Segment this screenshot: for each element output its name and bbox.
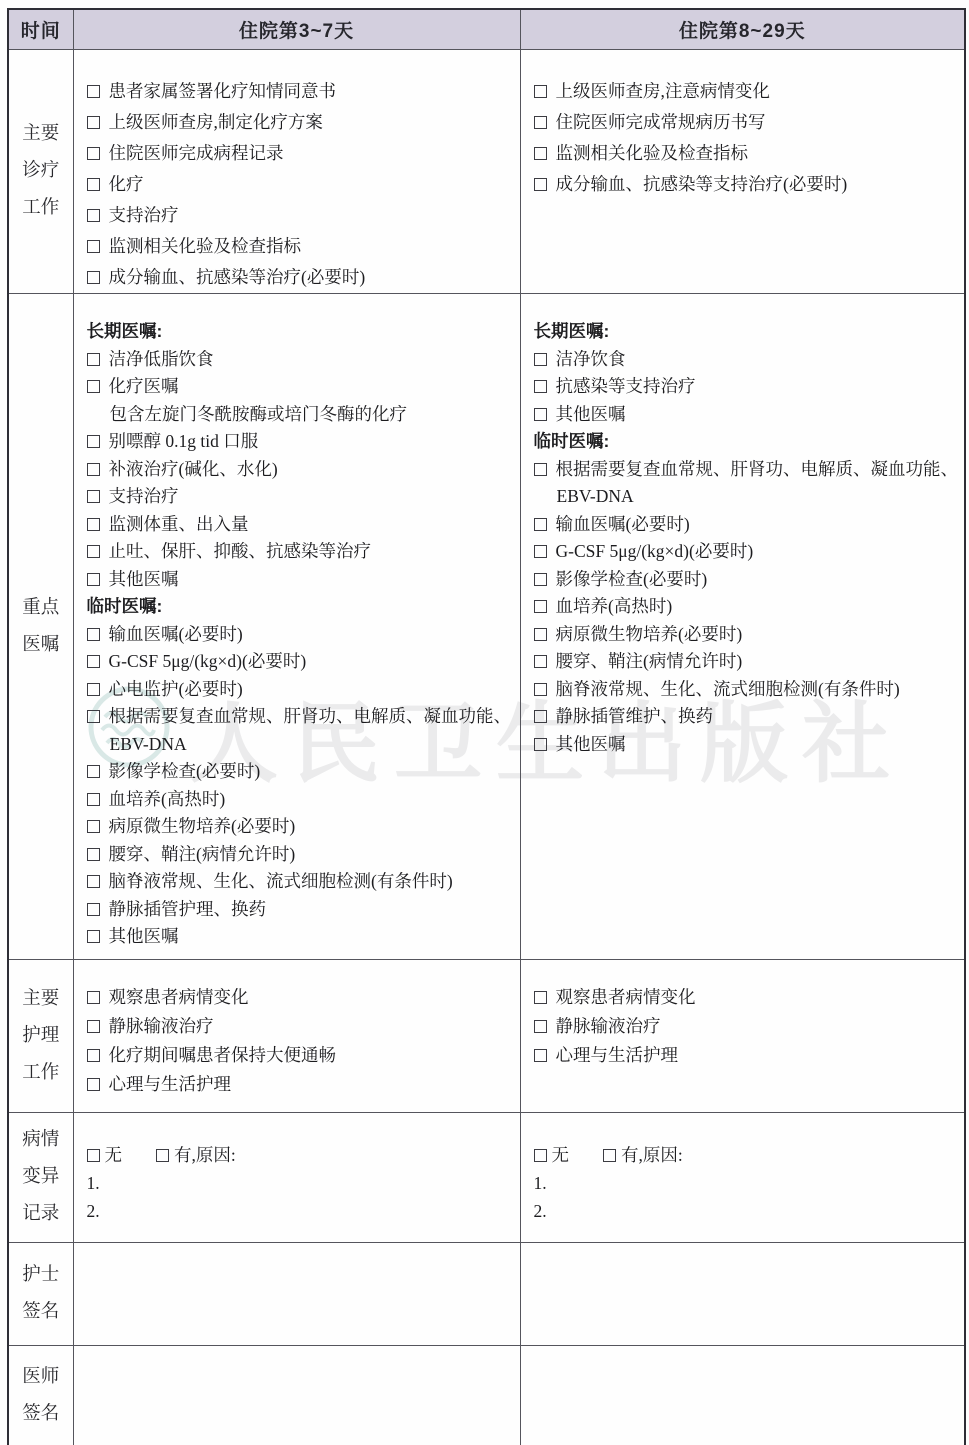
checklist-item: 根据需要复查血常规、肝肾功、电解质、凝血功能、 <box>87 703 514 731</box>
item-label: 输血医嘱(必要时) <box>109 624 243 644</box>
checkbox-icon <box>534 710 547 723</box>
checkbox-icon <box>87 490 100 503</box>
checklist-item: 监测相关化验及检查指标 <box>534 138 959 169</box>
checkbox-icon <box>534 1049 547 1062</box>
treatment-day-8-29-cell: 上级医师查房,注意病情变化住院医师完成常规病历书写监测相关化验及检查指标成分输血… <box>520 50 965 294</box>
item-label: 补液治疗(碱化、水化) <box>109 459 278 479</box>
checklist-item: 上级医师查房,注意病情变化 <box>534 76 959 107</box>
checkbox-icon <box>87 85 100 98</box>
checklist-item: 成分输血、抗感染等治疗(必要时) <box>87 262 514 293</box>
checkbox-icon <box>156 1149 169 1162</box>
checkbox-icon <box>87 1049 100 1062</box>
checkbox-icon <box>87 147 100 160</box>
numbered-blank-line: 1. <box>534 1169 959 1197</box>
numbered-blank-line: 1. <box>87 1169 514 1197</box>
checkbox-icon <box>87 271 100 284</box>
checklist-item: 腰穿、鞘注(病情允许时) <box>534 648 959 676</box>
item-label: 其他医嘱 <box>109 569 179 589</box>
checkbox-icon <box>534 147 547 160</box>
checkbox-icon <box>87 848 100 861</box>
item-label: 支持治疗 <box>109 486 179 506</box>
nursing-day-8-29-cell: 观察患者病情变化静脉输液治疗心理与生活护理 <box>520 960 965 1113</box>
checklist-item: 血培养(高热时) <box>87 786 514 814</box>
item-label: 病原微生物培养(必要时) <box>109 816 296 836</box>
row-label-line: 医嘱 <box>9 627 73 664</box>
item-label: 抗感染等支持治疗 <box>556 376 696 396</box>
item-label: 静脉输液治疗 <box>109 1016 214 1036</box>
checklist-item: 输血医嘱(必要时) <box>534 511 959 539</box>
checkbox-icon <box>87 710 100 723</box>
item-label: 心理与生活护理 <box>109 1074 232 1094</box>
item-label: 病原微生物培养(必要时) <box>556 624 743 644</box>
item-label: 化疗医嘱 <box>109 376 179 396</box>
row-label-main-nursing: 主要 护理 工作 <box>8 960 73 1113</box>
checklist-item: 病原微生物培养(必要时) <box>534 621 959 649</box>
variation-option: 无 <box>534 1145 570 1165</box>
row-label-line: 诊疗 <box>9 153 73 190</box>
checkbox-icon <box>87 463 100 476</box>
checklist-item: 其他医嘱 <box>87 566 514 594</box>
row-label-main-treatment: 主要 诊疗 工作 <box>8 50 73 294</box>
checklist-item: 腰穿、鞘注(病情允许时) <box>87 841 514 869</box>
row-main-treatment: 主要 诊疗 工作 患者家属签署化疗知情同意书上级医师查房,制定化疗方案住院医师完… <box>8 50 965 294</box>
item-label: 根据需要复查血常规、肝肾功、电解质、凝血功能、 <box>556 459 959 479</box>
item-label: 洁净饮食 <box>556 349 626 369</box>
item-label: 止吐、保肝、抑酸、抗感染等治疗 <box>109 541 372 561</box>
checkbox-icon <box>534 353 547 366</box>
row-label-key-orders: 重点 医嘱 <box>8 294 73 960</box>
row-nurse-signature: 护士 签名 <box>8 1243 965 1346</box>
item-label: 上级医师查房,注意病情变化 <box>556 81 770 101</box>
checklist-item: 血培养(高热时) <box>534 593 959 621</box>
checkbox-icon <box>534 518 547 531</box>
checkbox-icon <box>87 545 100 558</box>
item-label: 住院医师完成病程记录 <box>109 143 284 163</box>
item-label: 腰穿、鞘注(病情允许时) <box>109 844 296 864</box>
checkbox-icon <box>534 380 547 393</box>
checkbox-icon <box>87 930 100 943</box>
checkbox-icon <box>534 573 547 586</box>
checklist-item: 静脉插管维护、换药 <box>534 703 959 731</box>
doctor-signature-day-3-7-area <box>73 1346 520 1445</box>
checkbox-icon <box>87 380 100 393</box>
checkbox-icon <box>87 518 100 531</box>
treatment-day-3-7-checklist: 患者家属签署化疗知情同意书上级医师查房,制定化疗方案住院医师完成病程记录化疗支持… <box>87 76 514 293</box>
checklist-item: 其他医嘱 <box>534 731 959 759</box>
item-label: 观察患者病情变化 <box>556 987 696 1007</box>
item-label: 血培养(高热时) <box>556 596 673 616</box>
item-label: 输血医嘱(必要时) <box>556 514 690 534</box>
checkbox-icon <box>534 463 547 476</box>
orders-day-8-29-checklist: 长期医嘱:洁净饮食抗感染等支持治疗其他医嘱临时医嘱:根据需要复查血常规、肝肾功、… <box>534 318 959 758</box>
nurse-signature-day-8-29-area <box>520 1243 965 1346</box>
nursing-day-3-7-cell: 观察患者病情变化静脉输液治疗化疗期间嘱患者保持大便通畅心理与生活护理 <box>73 960 520 1113</box>
item-label: 住院医师完成常规病历书写 <box>556 112 766 132</box>
checkbox-icon <box>534 683 547 696</box>
row-label-line: 重点 <box>9 590 73 627</box>
checkbox-icon <box>87 209 100 222</box>
checklist-item: 输血医嘱(必要时) <box>87 621 514 649</box>
item-label: 患者家属签署化疗知情同意书 <box>109 81 337 101</box>
row-variation-record: 病情 变异 记录 无有,原因:1.2. 无有,原因:1.2. <box>8 1113 965 1243</box>
item-label: 腰穿、鞘注(病情允许时) <box>556 651 743 671</box>
row-label-variation-record: 病情 变异 记录 <box>8 1113 73 1243</box>
row-label-nurse-signature: 护士 签名 <box>8 1243 73 1346</box>
checklist-item: 影像学检查(必要时) <box>534 566 959 594</box>
item-label: 洁净低脂饮食 <box>109 349 214 369</box>
checkbox-icon <box>534 116 547 129</box>
checkbox-icon <box>87 1020 100 1033</box>
item-label: 无 <box>105 1145 123 1165</box>
item-label: 观察患者病情变化 <box>109 987 249 1007</box>
checklist-item: 病原微生物培养(必要时) <box>87 813 514 841</box>
checkbox-icon <box>87 793 100 806</box>
item-label: 静脉输液治疗 <box>556 1016 661 1036</box>
row-label-doctor-signature: 医师 签名 <box>8 1346 73 1445</box>
checkbox-icon <box>87 116 100 129</box>
item-label: 上级医师查房,制定化疗方案 <box>109 112 323 132</box>
item-label: 影像学检查(必要时) <box>556 569 708 589</box>
checkbox-icon <box>534 628 547 641</box>
numbered-blank-line: 2. <box>87 1197 514 1225</box>
row-label-line: 变异 <box>9 1159 73 1196</box>
checkbox-icon <box>87 353 100 366</box>
item-label: 监测体重、出入量 <box>109 514 249 534</box>
item-label: 脑脊液常规、生化、流式细胞检测(有条件时) <box>109 871 453 891</box>
checklist-item: 监测体重、出入量 <box>87 511 514 539</box>
checkbox-icon <box>87 875 100 888</box>
row-label-line: 护士 <box>9 1257 73 1294</box>
checkbox-icon <box>87 435 100 448</box>
checklist-item: 住院医师完成常规病历书写 <box>534 107 959 138</box>
item-label: 心理与生活护理 <box>556 1045 679 1065</box>
checkbox-icon <box>534 991 547 1004</box>
checkbox-icon <box>603 1149 616 1162</box>
checklist-item: 观察患者病情变化 <box>87 983 514 1012</box>
variation-option: 有,原因: <box>156 1145 236 1165</box>
treatment-day-8-29-checklist: 上级医师查房,注意病情变化住院医师完成常规病历书写监测相关化验及检查指标成分输血… <box>534 76 959 200</box>
clinical-pathway-document-page: 人民卫生出版社 时间 住院第3~7天 住院第8~29天 主要 诊疗 工作 患者家… <box>0 0 969 1445</box>
checkbox-icon <box>87 178 100 191</box>
checklist-item: G-CSF 5μg/(kg×d)(必要时) <box>87 648 514 676</box>
item-continuation-line: EBV-DNA <box>534 483 959 511</box>
orders-day-3-7-cell: 长期医嘱:洁净低脂饮食化疗医嘱包含左旋门冬酰胺酶或培门冬酶的化疗别嘌醇 0.1g… <box>73 294 520 960</box>
checklist-item: G-CSF 5μg/(kg×d)(必要时) <box>534 538 959 566</box>
item-label: 心电监护(必要时) <box>109 679 243 699</box>
checkbox-icon <box>87 1078 100 1091</box>
checkbox-icon <box>87 991 100 1004</box>
variation-option: 有,原因: <box>603 1145 683 1165</box>
nursing-day-8-29-checklist: 观察患者病情变化静脉输液治疗心理与生活护理 <box>534 983 959 1070</box>
checkbox-icon <box>87 573 100 586</box>
checklist-item: 心理与生活护理 <box>87 1070 514 1099</box>
checklist-item: 住院医师完成病程记录 <box>87 138 514 169</box>
row-label-line: 工作 <box>9 1055 73 1092</box>
variation-day-8-29-cell: 无有,原因:1.2. <box>520 1113 965 1243</box>
item-label: 影像学检查(必要时) <box>109 761 261 781</box>
checklist-item: 其他医嘱 <box>87 923 514 951</box>
checklist-item: 支持治疗 <box>87 483 514 511</box>
item-label: 化疗期间嘱患者保持大便通畅 <box>109 1045 337 1065</box>
item-label: 监测相关化验及检查指标 <box>109 236 302 256</box>
row-label-line: 主要 <box>9 981 73 1018</box>
item-label: 监测相关化验及检查指标 <box>556 143 749 163</box>
orders-group-heading: 长期医嘱: <box>534 318 959 346</box>
orders-day-3-7-checklist: 长期医嘱:洁净低脂饮食化疗医嘱包含左旋门冬酰胺酶或培门冬酶的化疗别嘌醇 0.1g… <box>87 318 514 951</box>
nursing-day-3-7-checklist: 观察患者病情变化静脉输液治疗化疗期间嘱患者保持大便通畅心理与生活护理 <box>87 983 514 1099</box>
checklist-item: 化疗医嘱 <box>87 373 514 401</box>
row-label-line: 主要 <box>9 116 73 153</box>
header-cell-day-3-7: 住院第3~7天 <box>73 9 520 50</box>
item-label: 支持治疗 <box>109 205 179 225</box>
row-label-line: 护理 <box>9 1018 73 1055</box>
checklist-item: 洁净低脂饮食 <box>87 346 514 374</box>
checklist-item: 成分输血、抗感染等支持治疗(必要时) <box>534 169 959 200</box>
checkbox-icon <box>87 628 100 641</box>
checkbox-icon <box>534 408 547 421</box>
checklist-item: 其他医嘱 <box>534 401 959 429</box>
checklist-item: 心电监护(必要时) <box>87 676 514 704</box>
variation-day-3-7-lines: 无有,原因:1.2. <box>87 1141 514 1225</box>
item-label: 静脉插管护理、换药 <box>109 899 267 919</box>
row-label-line: 工作 <box>9 190 73 227</box>
checklist-item: 观察患者病情变化 <box>534 983 959 1012</box>
row-label-line: 记录 <box>9 1196 73 1233</box>
checkbox-icon <box>534 1149 547 1162</box>
checkbox-icon <box>87 1149 100 1162</box>
item-label: 成分输血、抗感染等治疗(必要时) <box>109 267 366 287</box>
orders-group-heading: 长期医嘱: <box>87 318 514 346</box>
item-label: 成分输血、抗感染等支持治疗(必要时) <box>556 174 848 194</box>
orders-day-8-29-cell: 长期医嘱:洁净饮食抗感染等支持治疗其他医嘱临时医嘱:根据需要复查血常规、肝肾功、… <box>520 294 965 960</box>
item-label: G-CSF 5μg/(kg×d)(必要时) <box>556 541 754 561</box>
checkbox-icon <box>87 820 100 833</box>
checklist-item: 洁净饮食 <box>534 346 959 374</box>
item-label: 脑脊液常规、生化、流式细胞检测(有条件时) <box>556 679 900 699</box>
checklist-item: 脑脊液常规、生化、流式细胞检测(有条件时) <box>87 868 514 896</box>
item-continuation-line: 包含左旋门冬酰胺酶或培门冬酶的化疗 <box>87 401 514 429</box>
item-label: 别嘌醇 0.1g tid 口服 <box>109 431 259 451</box>
checkbox-icon <box>87 903 100 916</box>
checkbox-icon <box>534 85 547 98</box>
checklist-item: 静脉输液治疗 <box>534 1012 959 1041</box>
item-label: 无 <box>552 1145 570 1165</box>
item-label: G-CSF 5μg/(kg×d)(必要时) <box>109 651 307 671</box>
checklist-item: 抗感染等支持治疗 <box>534 373 959 401</box>
variation-options-line: 无有,原因: <box>87 1141 514 1169</box>
item-label: 化疗 <box>109 174 144 194</box>
checklist-item: 影像学检查(必要时) <box>87 758 514 786</box>
checkbox-icon <box>87 655 100 668</box>
nurse-signature-day-3-7-area <box>73 1243 520 1346</box>
checklist-item: 支持治疗 <box>87 200 514 231</box>
checklist-item: 心理与生活护理 <box>534 1041 959 1070</box>
checkbox-icon <box>534 738 547 751</box>
item-label: 其他医嘱 <box>556 734 626 754</box>
checklist-item: 化疗 <box>87 169 514 200</box>
checkbox-icon <box>534 655 547 668</box>
row-label-line: 签名 <box>9 1294 73 1331</box>
numbered-blank-line: 2. <box>534 1197 959 1225</box>
variation-day-3-7-cell: 无有,原因:1.2. <box>73 1113 520 1243</box>
checklist-item: 补液治疗(碱化、水化) <box>87 456 514 484</box>
checklist-item: 脑脊液常规、生化、流式细胞检测(有条件时) <box>534 676 959 704</box>
clinical-pathway-table: 时间 住院第3~7天 住院第8~29天 主要 诊疗 工作 患者家属签署化疗知情同… <box>7 8 966 1445</box>
checkbox-icon <box>87 765 100 778</box>
item-label: 有,原因: <box>174 1145 236 1165</box>
variation-option: 无 <box>87 1145 123 1165</box>
item-label: 静脉插管维护、换药 <box>556 706 714 726</box>
orders-group-heading: 临时医嘱: <box>534 428 959 456</box>
item-label: 其他医嘱 <box>109 926 179 946</box>
checklist-item: 患者家属签署化疗知情同意书 <box>87 76 514 107</box>
row-label-line: 签名 <box>9 1396 73 1433</box>
checkbox-icon <box>87 240 100 253</box>
row-main-nursing: 主要 护理 工作 观察患者病情变化静脉输液治疗化疗期间嘱患者保持大便通畅心理与生… <box>8 960 965 1113</box>
treatment-day-3-7-cell: 患者家属签署化疗知情同意书上级医师查房,制定化疗方案住院医师完成病程记录化疗支持… <box>73 50 520 294</box>
row-key-orders: 重点 医嘱 长期医嘱:洁净低脂饮食化疗医嘱包含左旋门冬酰胺酶或培门冬酶的化疗别嘌… <box>8 294 965 960</box>
checklist-item: 止吐、保肝、抑酸、抗感染等治疗 <box>87 538 514 566</box>
checklist-item: 监测相关化验及检查指标 <box>87 231 514 262</box>
checklist-item: 静脉插管护理、换药 <box>87 896 514 924</box>
row-label-line: 病情 <box>9 1122 73 1159</box>
item-label: 有,原因: <box>621 1145 683 1165</box>
header-cell-day-8-29: 住院第8~29天 <box>520 9 965 50</box>
checklist-item: 别嘌醇 0.1g tid 口服 <box>87 428 514 456</box>
checkbox-icon <box>534 545 547 558</box>
checkbox-icon <box>534 178 547 191</box>
orders-group-heading: 临时医嘱: <box>87 593 514 621</box>
table-header-row: 时间 住院第3~7天 住院第8~29天 <box>8 9 965 50</box>
item-label: 根据需要复查血常规、肝肾功、电解质、凝血功能、 <box>109 706 512 726</box>
item-label: 血培养(高热时) <box>109 789 226 809</box>
item-continuation-line: EBV-DNA <box>87 731 514 759</box>
item-label: 其他医嘱 <box>556 404 626 424</box>
checklist-item: 根据需要复查血常规、肝肾功、电解质、凝血功能、 <box>534 456 959 484</box>
checkbox-icon <box>534 600 547 613</box>
variation-options-line: 无有,原因: <box>534 1141 959 1169</box>
row-label-line: 医师 <box>9 1359 73 1396</box>
doctor-signature-day-8-29-area <box>520 1346 965 1445</box>
variation-day-8-29-lines: 无有,原因:1.2. <box>534 1141 959 1225</box>
checkbox-icon <box>87 683 100 696</box>
checklist-item: 静脉输液治疗 <box>87 1012 514 1041</box>
row-doctor-signature: 医师 签名 <box>8 1346 965 1445</box>
header-cell-time: 时间 <box>8 9 73 50</box>
checkbox-icon <box>534 1020 547 1033</box>
checklist-item: 上级医师查房,制定化疗方案 <box>87 107 514 138</box>
checklist-item: 化疗期间嘱患者保持大便通畅 <box>87 1041 514 1070</box>
